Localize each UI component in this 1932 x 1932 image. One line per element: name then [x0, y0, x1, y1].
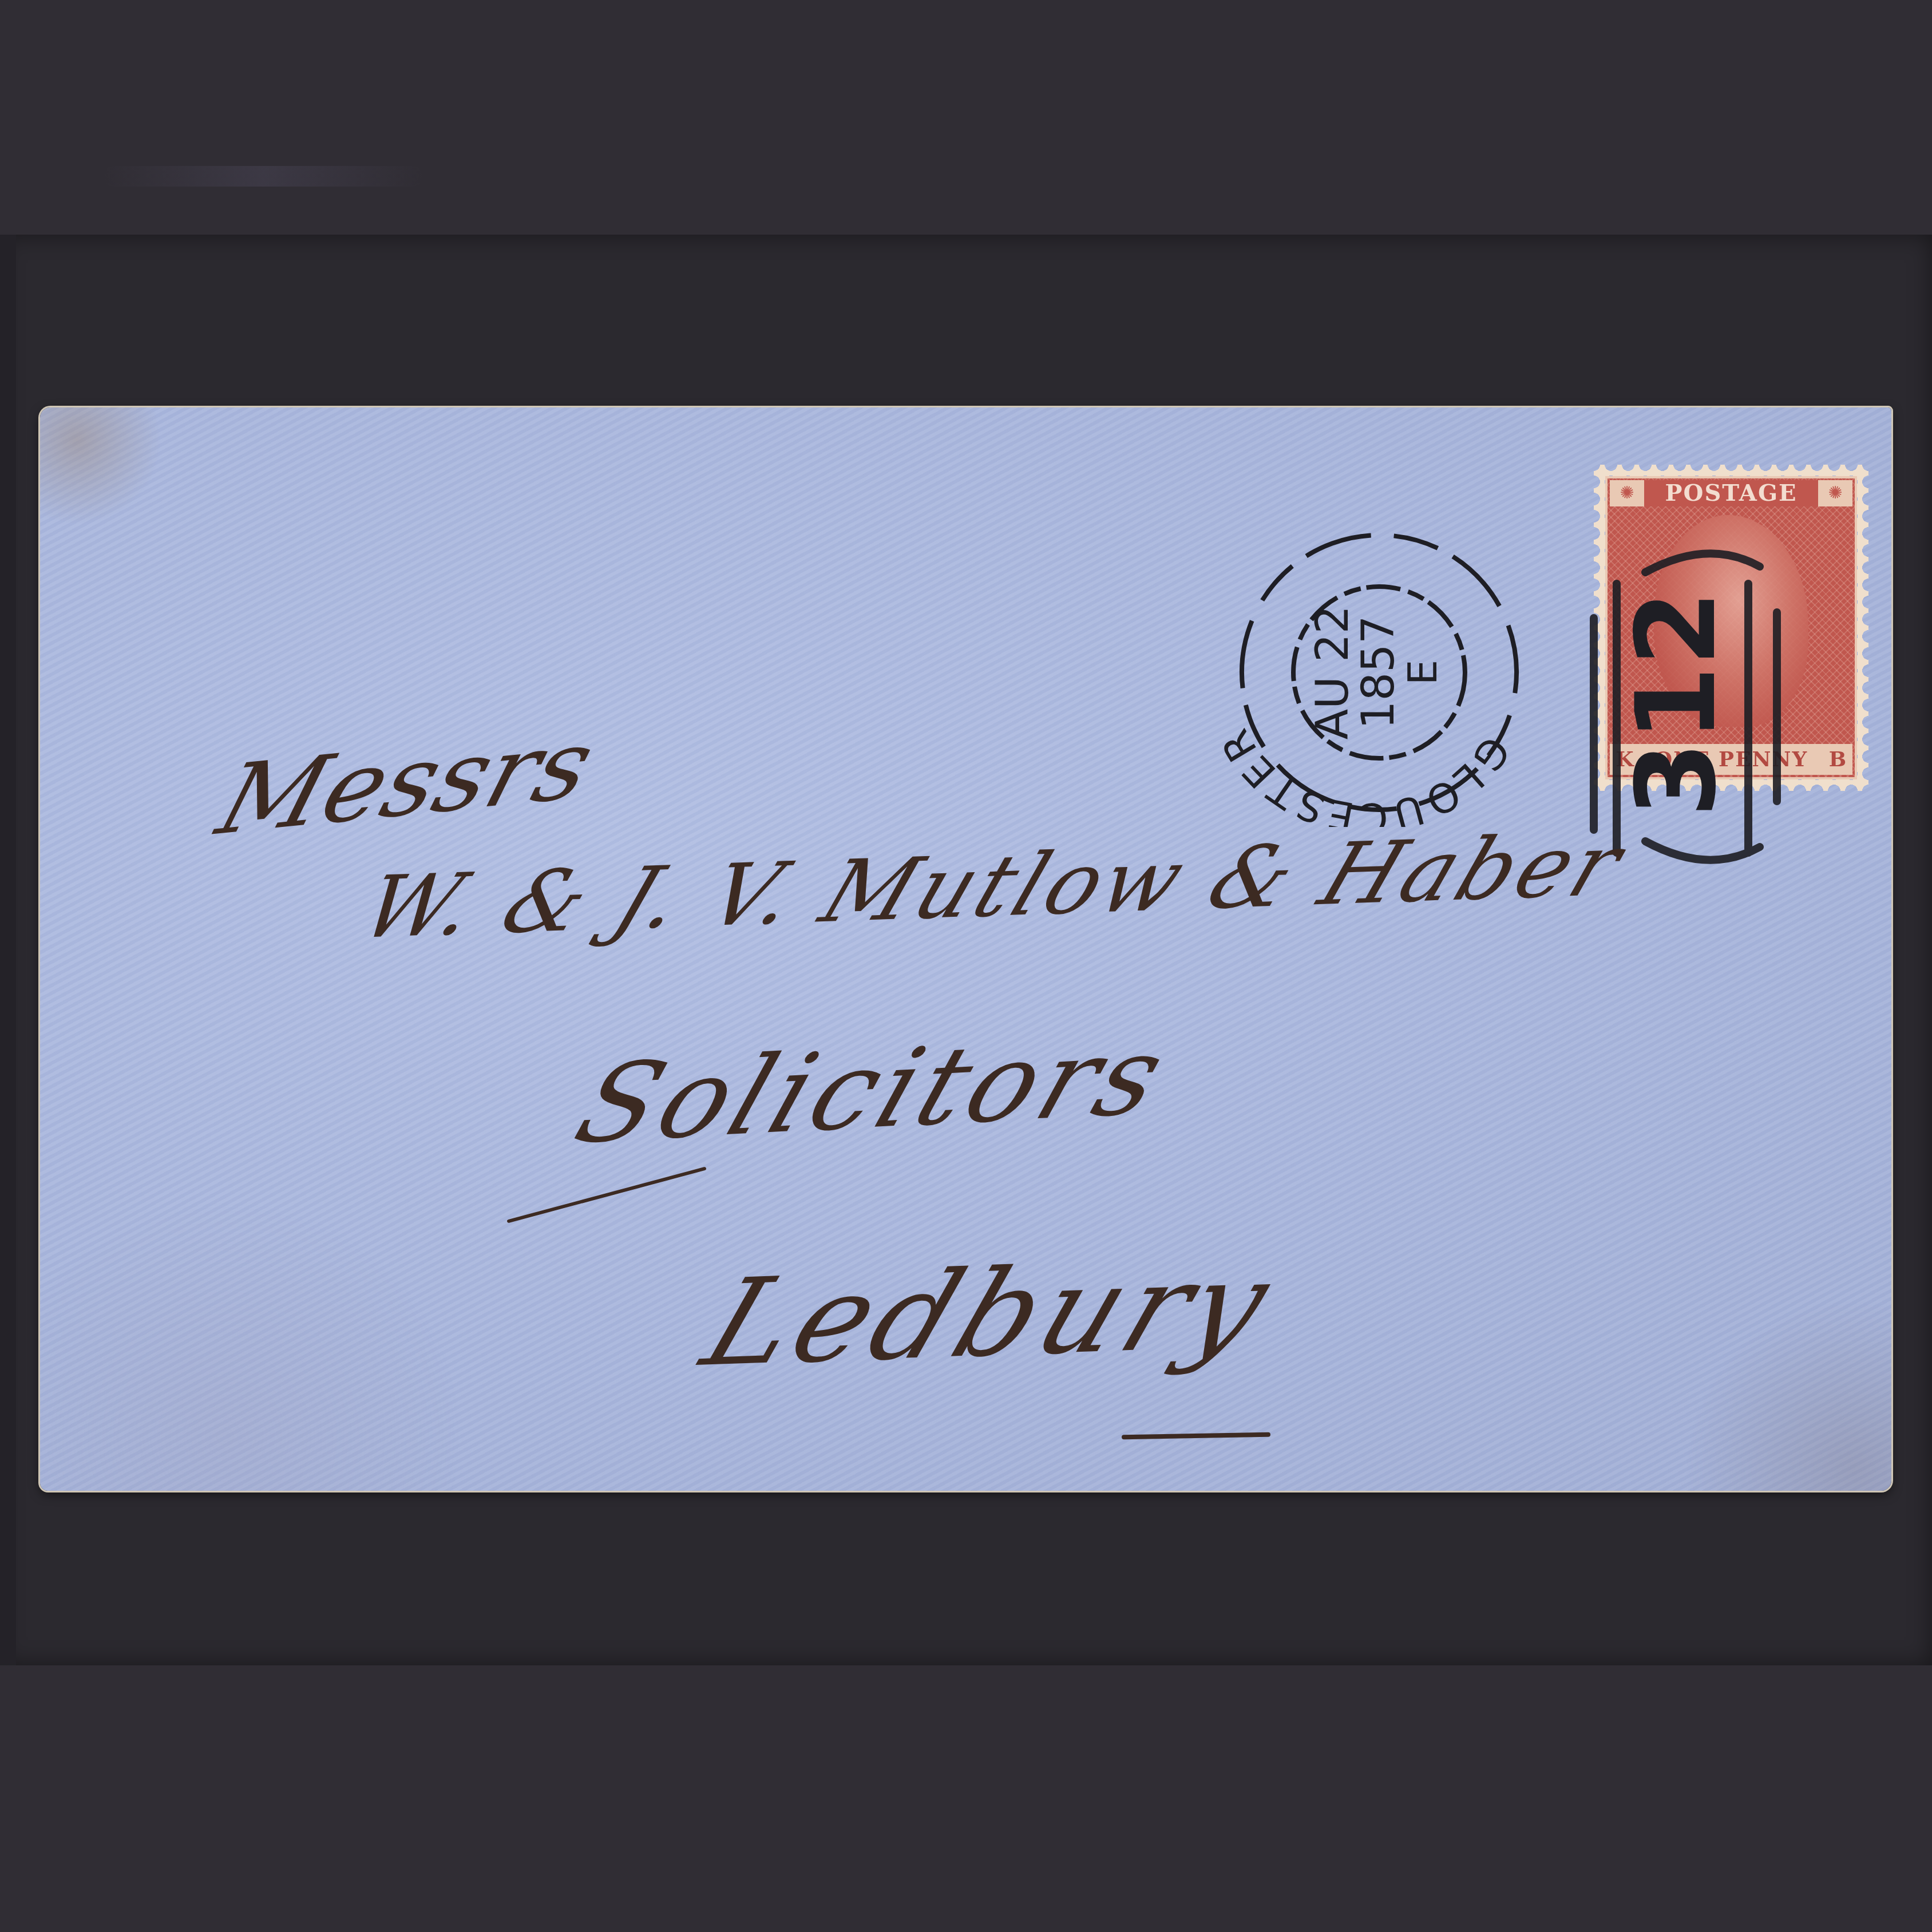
numeral-obliterator: 312	[1571, 532, 1868, 864]
numeral-312: 312	[1613, 591, 1740, 818]
stamp-top-panel: ✺ POSTAGE ✺	[1610, 480, 1852, 507]
star-ornament-icon: ✺	[1610, 480, 1644, 506]
circular-datestamp: GLOUCESTER AU 22 1857 E	[1207, 506, 1528, 827]
postmark-code: E	[1399, 660, 1446, 685]
address-line-town: Ledbury	[687, 1234, 1293, 1393]
mat-edge	[0, 235, 16, 1665]
postmark-date: AU 22	[1307, 605, 1359, 740]
stamp-postage-label: POSTAGE	[1644, 480, 1818, 506]
background-scuff	[103, 166, 423, 187]
postmark-year: 1857	[1353, 616, 1404, 730]
star-ornament-icon: ✺	[1818, 480, 1852, 506]
postmark-town: GLOUCESTER	[1210, 719, 1519, 827]
